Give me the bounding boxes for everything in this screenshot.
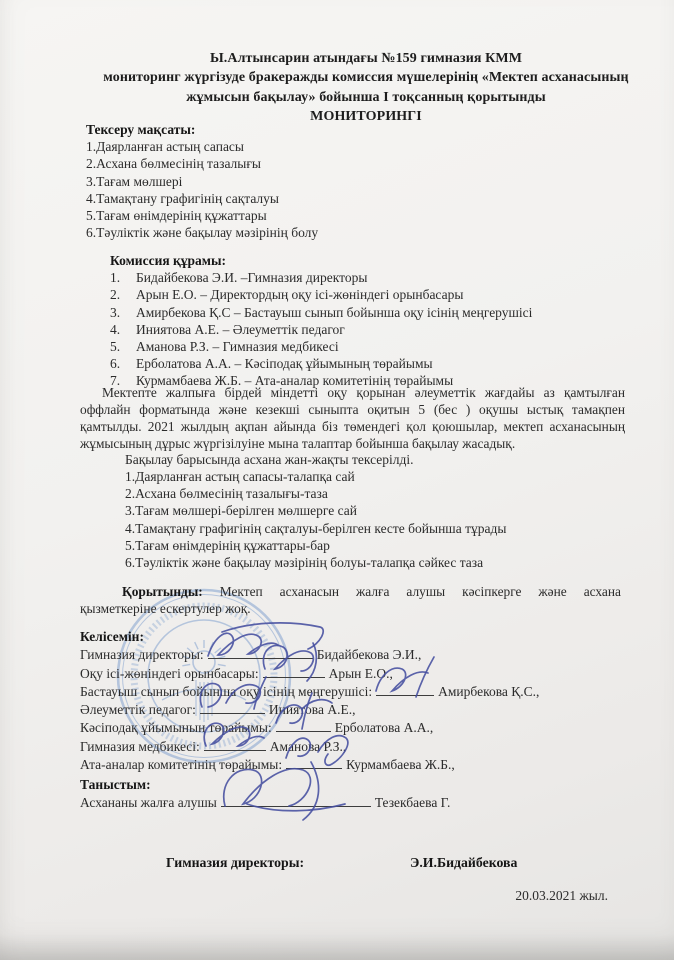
member-number: 5. — [110, 338, 136, 355]
signature-blank — [221, 793, 371, 807]
agreement-section: Келісемін: Гимназия директоры:Бидайбеков… — [80, 628, 539, 773]
paragraph-line: қамтылды. 2021 жылдың ақпан айында біз т… — [80, 418, 625, 435]
paragraph-line: жұмысының дұрыс жүргізілуіне мына талапт… — [80, 435, 625, 452]
purpose-item: 3.Тағам мөлшері — [86, 173, 318, 190]
commission-member: 4. Иниятова А.Е. – Әлеуметтік педагог — [110, 321, 532, 338]
signature-label: Әлеуметтік педагог: — [80, 702, 196, 717]
document-title: Ы.Алтынсарин атындағы №159 гимназия КММ … — [80, 49, 652, 126]
footer-signature-line: Гимназия директоры: Э.И.Бидайбекова — [0, 855, 674, 875]
result-item: 5.Тағам өнімдерінің құжаттары-бар — [125, 537, 506, 554]
member-text: Ерболатова А.А. – Кәсіподақ ұйымының төр… — [136, 355, 433, 372]
member-text: Бидайбекова Э.И. –Гимназия директоры — [136, 269, 367, 286]
purpose-item: 6.Тәуліктік және бақылау мәзірінің болу — [86, 224, 318, 241]
member-text: Иниятова А.Е. – Әлеуметтік педагог — [136, 321, 345, 338]
result-item: 2.Асхана бөлмесінің тазалығы-таза — [125, 485, 506, 502]
conclusion-line: қызметкеріне ескертулер жоқ. — [80, 600, 621, 617]
title-line: мониторинг жүргізуде бракеражды комиссия… — [80, 68, 652, 87]
purpose-item: 2.Асхана бөлмесінің тазалығы — [86, 155, 318, 172]
signature-label: Гимназия директоры: — [80, 647, 204, 662]
conclusion-section: Қорытынды: Мектеп асханасын жалға алушы … — [80, 583, 621, 617]
commission-member: 2. Арын Е.О. – Директордың оқу ісі-жөнін… — [110, 286, 532, 303]
title-line: жұмысын бақылау» бойынша I тоқсанның қор… — [80, 88, 652, 107]
commission-section: Комиссия құрамы: 1. Бидайбекова Э.И. –Ги… — [110, 252, 532, 390]
scanned-document-page: Ы.Алтынсарин атындағы №159 гимназия КММ … — [0, 0, 674, 960]
result-item: 3.Тағам мөлшері-берілген мөлшерге сай — [125, 502, 506, 519]
footer-director-name: Э.И.Бидайбекова — [410, 855, 517, 871]
purpose-item: 5.Тағам өнімдерінің құжаттары — [86, 207, 318, 224]
acquainted-name: Тезекбаева Г. — [375, 795, 451, 810]
commission-member: 6. Ерболатова А.А. – Кәсіподақ ұйымының … — [110, 355, 532, 372]
paragraph-line: оффлайн форматында және кезекші сыныпта … — [80, 401, 625, 418]
acquainted-label: Асхананы жалға алушы — [80, 795, 217, 810]
signature-label: Гимназия медбикесі: — [80, 739, 200, 754]
member-text: Амирбекова Қ.С – Бастауыш сынып бойынша … — [136, 304, 532, 321]
conclusion-line: Қорытынды: Мектеп асханасын жалға алушы … — [80, 583, 621, 600]
title-line: Ы.Алтынсарин атындағы №159 гимназия КММ — [80, 49, 652, 68]
result-item: 1.Даярланған астың сапасы-талапқа сай — [125, 468, 506, 485]
purpose-heading: Тексеру мақсаты: — [86, 121, 318, 138]
signature-blank — [376, 682, 434, 696]
purpose-section: Тексеру мақсаты: 1.Даярланған астың сапа… — [86, 121, 318, 241]
signature-ink — [211, 756, 381, 822]
purpose-item: 4.Тамақтану графигінің сақталуы — [86, 190, 318, 207]
member-number: 3. — [110, 304, 136, 321]
purpose-item: 1.Даярланған астың сапасы — [86, 138, 318, 155]
result-item: 4.Тамақтану графигінің сақталуы-берілген… — [125, 520, 506, 537]
conclusion-text: Мектеп асханасын жалға алушы кәсіпкерге … — [220, 584, 621, 599]
signature-blank — [204, 737, 266, 751]
commission-member: 5. Аманова Р.З. – Гимназия медбикесі — [110, 338, 532, 355]
conclusion-label: Қорытынды: — [122, 584, 203, 599]
member-text: Аманова Р.З. – Гимназия медбикесі — [136, 338, 339, 355]
commission-member: 1. Бидайбекова Э.И. –Гимназия директоры — [110, 269, 532, 286]
result-item: 6.Тәуліктік және бақылау мәзірінің болуы… — [125, 554, 506, 571]
commission-heading: Комиссия құрамы: — [110, 252, 532, 269]
signature-row: Оқу ісі-жөніндегі орынбасары:Арын Е.О., — [80, 664, 539, 682]
signature-name: Амирбекова Қ.С., — [438, 684, 539, 699]
paragraph-line: Мектепте жалпыға бірдей міндетті оқу қор… — [80, 384, 625, 401]
commission-member: 3. Амирбекова Қ.С – Бастауыш сынып бойын… — [110, 304, 532, 321]
acquainted-row: Асхананы жалға алушыТезекбаева Г. — [80, 793, 450, 811]
member-number: 6. — [110, 355, 136, 372]
member-text: Арын Е.О. – Директордың оқу ісі-жөніндег… — [136, 286, 463, 303]
signature-ink — [366, 649, 446, 701]
signature-ink — [194, 704, 274, 756]
member-number: 2. — [110, 286, 136, 303]
member-number: 4. — [110, 321, 136, 338]
member-number: 1. — [110, 269, 136, 286]
footer-director-label: Гимназия директоры: — [166, 855, 304, 871]
acquainted-section: Таныстым: Асхананы жалға алушыТезекбаева… — [80, 776, 450, 812]
check-intro: Бақылау барысында асхана жан-жақты тексе… — [125, 451, 413, 468]
body-paragraph: Мектепте жалпыға бірдей міндетті оқу қор… — [80, 384, 625, 452]
document-date: 20.03.2021 жыл. — [0, 888, 608, 904]
results-section: 1.Даярланған астың сапасы-талапқа сай 2.… — [125, 468, 506, 571]
